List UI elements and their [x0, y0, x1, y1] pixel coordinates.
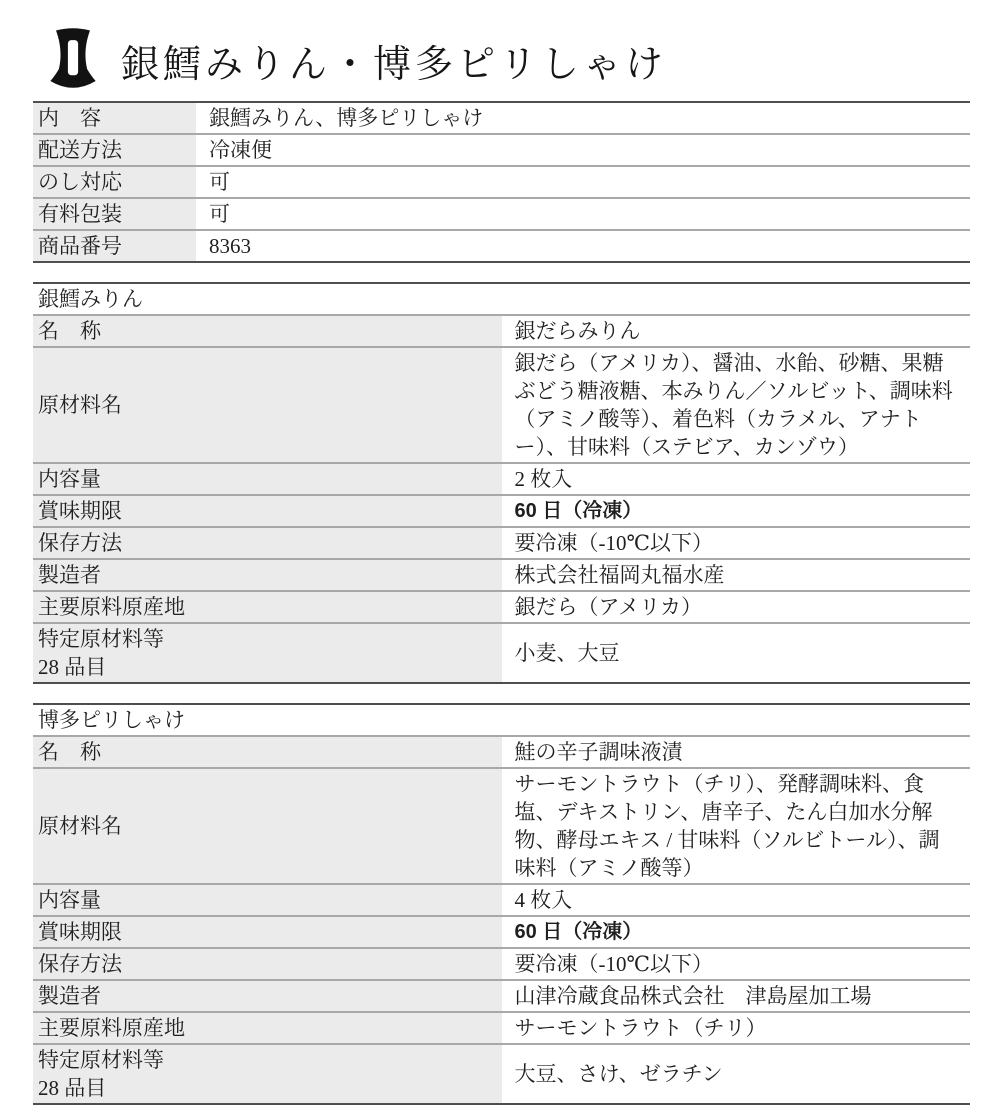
- row-label: 特定原材料等 28 品目: [33, 1044, 502, 1104]
- row-value: 銀だら（アメリカ）、醤油、水飴、砂糖、果糖ぶどう糖液糖、本みりん／ソルビット、調…: [502, 347, 971, 463]
- row-value: 大豆、さけ、ゼラチン: [502, 1044, 971, 1104]
- product-heading: 銀鱈みりん: [33, 283, 970, 315]
- row-value: サーモントラウト（チリ）: [502, 1012, 971, 1044]
- table-row: 名 称鮭の辛子調味液漬: [33, 736, 970, 768]
- product-heading-row: 博多ピリしゃけ: [33, 704, 970, 736]
- row-value: 銀鱈みりん、博多ピリしゃけ: [196, 102, 970, 134]
- gindara-mirin-table: 銀鱈みりん名 称銀だらみりん原材料名銀だら（アメリカ）、醤油、水飴、砂糖、果糖ぶ…: [33, 282, 970, 684]
- row-label: 名 称: [33, 315, 502, 347]
- table-row: 賞味期限60 日（冷凍）: [33, 495, 970, 527]
- table-row: 製造者株式会社福岡丸福水産: [33, 559, 970, 591]
- row-label: 商品番号: [33, 230, 196, 262]
- product-info-page: 銀鱈みりん・博多ピリしゃけ 内 容銀鱈みりん、博多ピリしゃけ配送方法冷凍便のし対…: [0, 0, 1000, 1105]
- table-row: のし対応可: [33, 166, 970, 198]
- row-label: 内容量: [33, 884, 502, 916]
- row-value: 可: [196, 166, 970, 198]
- table-row: 原材料名サーモントラウト（チリ）、発酵調味料、食塩、デキストリン、唐辛子、たん白…: [33, 768, 970, 884]
- tsuzumi-drum-mark-icon: [47, 26, 99, 94]
- table-row: 保存方法要冷凍（-10℃以下）: [33, 527, 970, 559]
- row-label: 主要原料原産地: [33, 591, 502, 623]
- row-label: 製造者: [33, 559, 502, 591]
- row-label: 賞味期限: [33, 916, 502, 948]
- table-row: 名 称銀だらみりん: [33, 315, 970, 347]
- table-row: 商品番号8363: [33, 230, 970, 262]
- row-value: 60 日（冷凍）: [502, 916, 971, 948]
- row-value: 銀だらみりん: [502, 315, 971, 347]
- table-row: 内 容銀鱈みりん、博多ピリしゃけ: [33, 102, 970, 134]
- row-value: 銀だら（アメリカ）: [502, 591, 971, 623]
- product-section-hakata-piri-shake: 博多ピリしゃけ名 称鮭の辛子調味液漬原材料名サーモントラウト（チリ）、発酵調味料…: [33, 703, 970, 1105]
- row-label: 保存方法: [33, 527, 502, 559]
- product-heading: 博多ピリしゃけ: [33, 704, 970, 736]
- row-value: 冷凍便: [196, 134, 970, 166]
- row-value: 山津冷蔵食品株式会社 津島屋加工場: [502, 980, 971, 1012]
- row-label: 名 称: [33, 736, 502, 768]
- order-summary-table: 内 容銀鱈みりん、博多ピリしゃけ配送方法冷凍便のし対応可有料包装可商品番号836…: [33, 101, 970, 263]
- row-label: 特定原材料等 28 品目: [33, 623, 502, 683]
- table-row: 特定原材料等 28 品目小麦、大豆: [33, 623, 970, 683]
- row-label: 製造者: [33, 980, 502, 1012]
- table-row: 主要原料原産地銀だら（アメリカ）: [33, 591, 970, 623]
- row-label: 内容量: [33, 463, 502, 495]
- product-heading-row: 銀鱈みりん: [33, 283, 970, 315]
- row-label: 保存方法: [33, 948, 502, 980]
- row-value: 要冷凍（-10℃以下）: [502, 527, 971, 559]
- row-value: サーモントラウト（チリ）、発酵調味料、食塩、デキストリン、唐辛子、たん白加水分解…: [502, 768, 971, 884]
- row-label: 原材料名: [33, 768, 502, 884]
- table-row: 内容量4 枚入: [33, 884, 970, 916]
- table-row: 製造者山津冷蔵食品株式会社 津島屋加工場: [33, 980, 970, 1012]
- page-title: 銀鱈みりん・博多ピリしゃけ: [121, 33, 667, 88]
- row-value: 8363: [196, 230, 970, 262]
- product-section-gindara-mirin: 銀鱈みりん名 称銀だらみりん原材料名銀だら（アメリカ）、醤油、水飴、砂糖、果糖ぶ…: [33, 282, 970, 684]
- table-row: 賞味期限60 日（冷凍）: [33, 916, 970, 948]
- table-row: 配送方法冷凍便: [33, 134, 970, 166]
- row-value: 小麦、大豆: [502, 623, 971, 683]
- row-label: 主要原料原産地: [33, 1012, 502, 1044]
- row-label: 賞味期限: [33, 495, 502, 527]
- row-value: 鮭の辛子調味液漬: [502, 736, 971, 768]
- hakata-piri-shake-table: 博多ピリしゃけ名 称鮭の辛子調味液漬原材料名サーモントラウト（チリ）、発酵調味料…: [33, 703, 970, 1105]
- table-row: 原材料名銀だら（アメリカ）、醤油、水飴、砂糖、果糖ぶどう糖液糖、本みりん／ソルビ…: [33, 347, 970, 463]
- table-row: 内容量2 枚入: [33, 463, 970, 495]
- table-row: 主要原料原産地サーモントラウト（チリ）: [33, 1012, 970, 1044]
- row-value: 要冷凍（-10℃以下）: [502, 948, 971, 980]
- row-value: 2 枚入: [502, 463, 971, 495]
- row-label: 内 容: [33, 102, 196, 134]
- table-row: 有料包装可: [33, 198, 970, 230]
- row-value: 可: [196, 198, 970, 230]
- row-value: 株式会社福岡丸福水産: [502, 559, 971, 591]
- row-label: 原材料名: [33, 347, 502, 463]
- row-label: のし対応: [33, 166, 196, 198]
- row-value: 60 日（冷凍）: [502, 495, 971, 527]
- title-row: 銀鱈みりん・博多ピリしゃけ: [47, 24, 970, 96]
- row-label: 配送方法: [33, 134, 196, 166]
- table-row: 特定原材料等 28 品目大豆、さけ、ゼラチン: [33, 1044, 970, 1104]
- table-row: 保存方法要冷凍（-10℃以下）: [33, 948, 970, 980]
- row-value: 4 枚入: [502, 884, 971, 916]
- row-label: 有料包装: [33, 198, 196, 230]
